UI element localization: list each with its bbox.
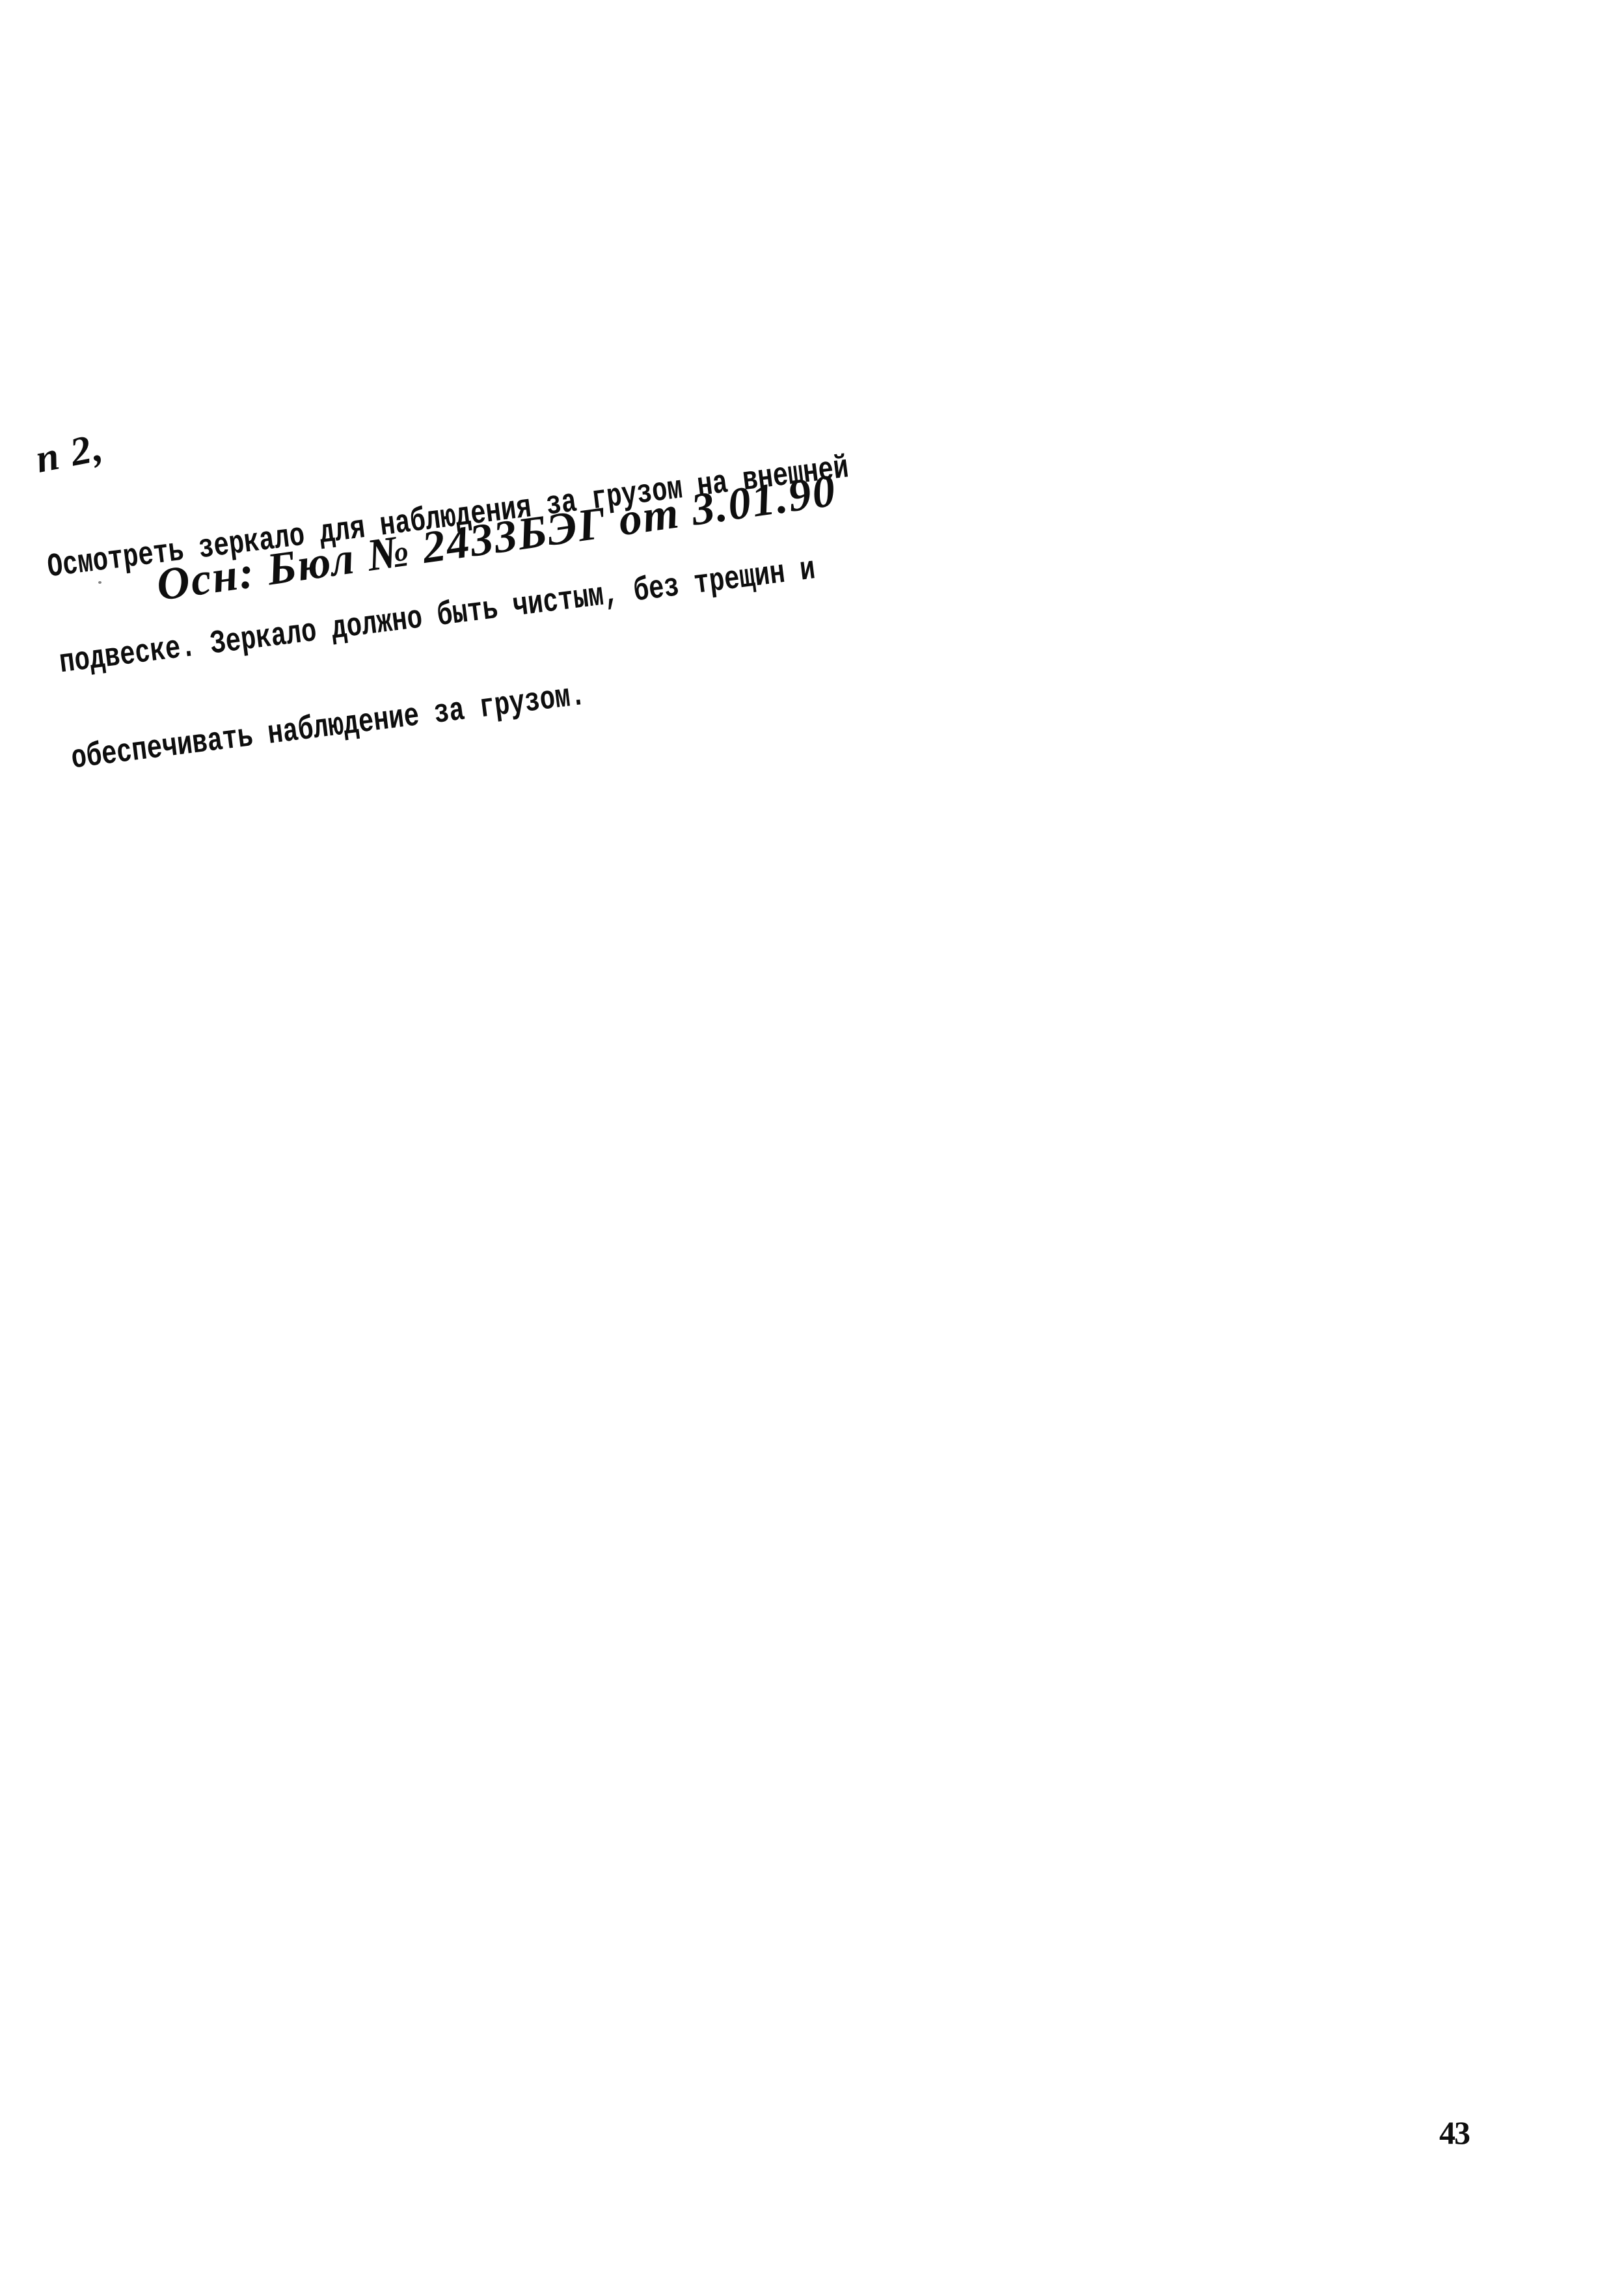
page-number: 43 [1439, 2116, 1469, 2149]
handwritten-item-number: п 2, [33, 427, 107, 480]
typed-paragraph: Осмотреть зеркало для наблюдения за груз… [38, 389, 882, 840]
scanned-document-page: п 2, Осмотреть зеркало для наблюдения за… [0, 0, 1624, 2281]
ink-speck [98, 581, 101, 584]
